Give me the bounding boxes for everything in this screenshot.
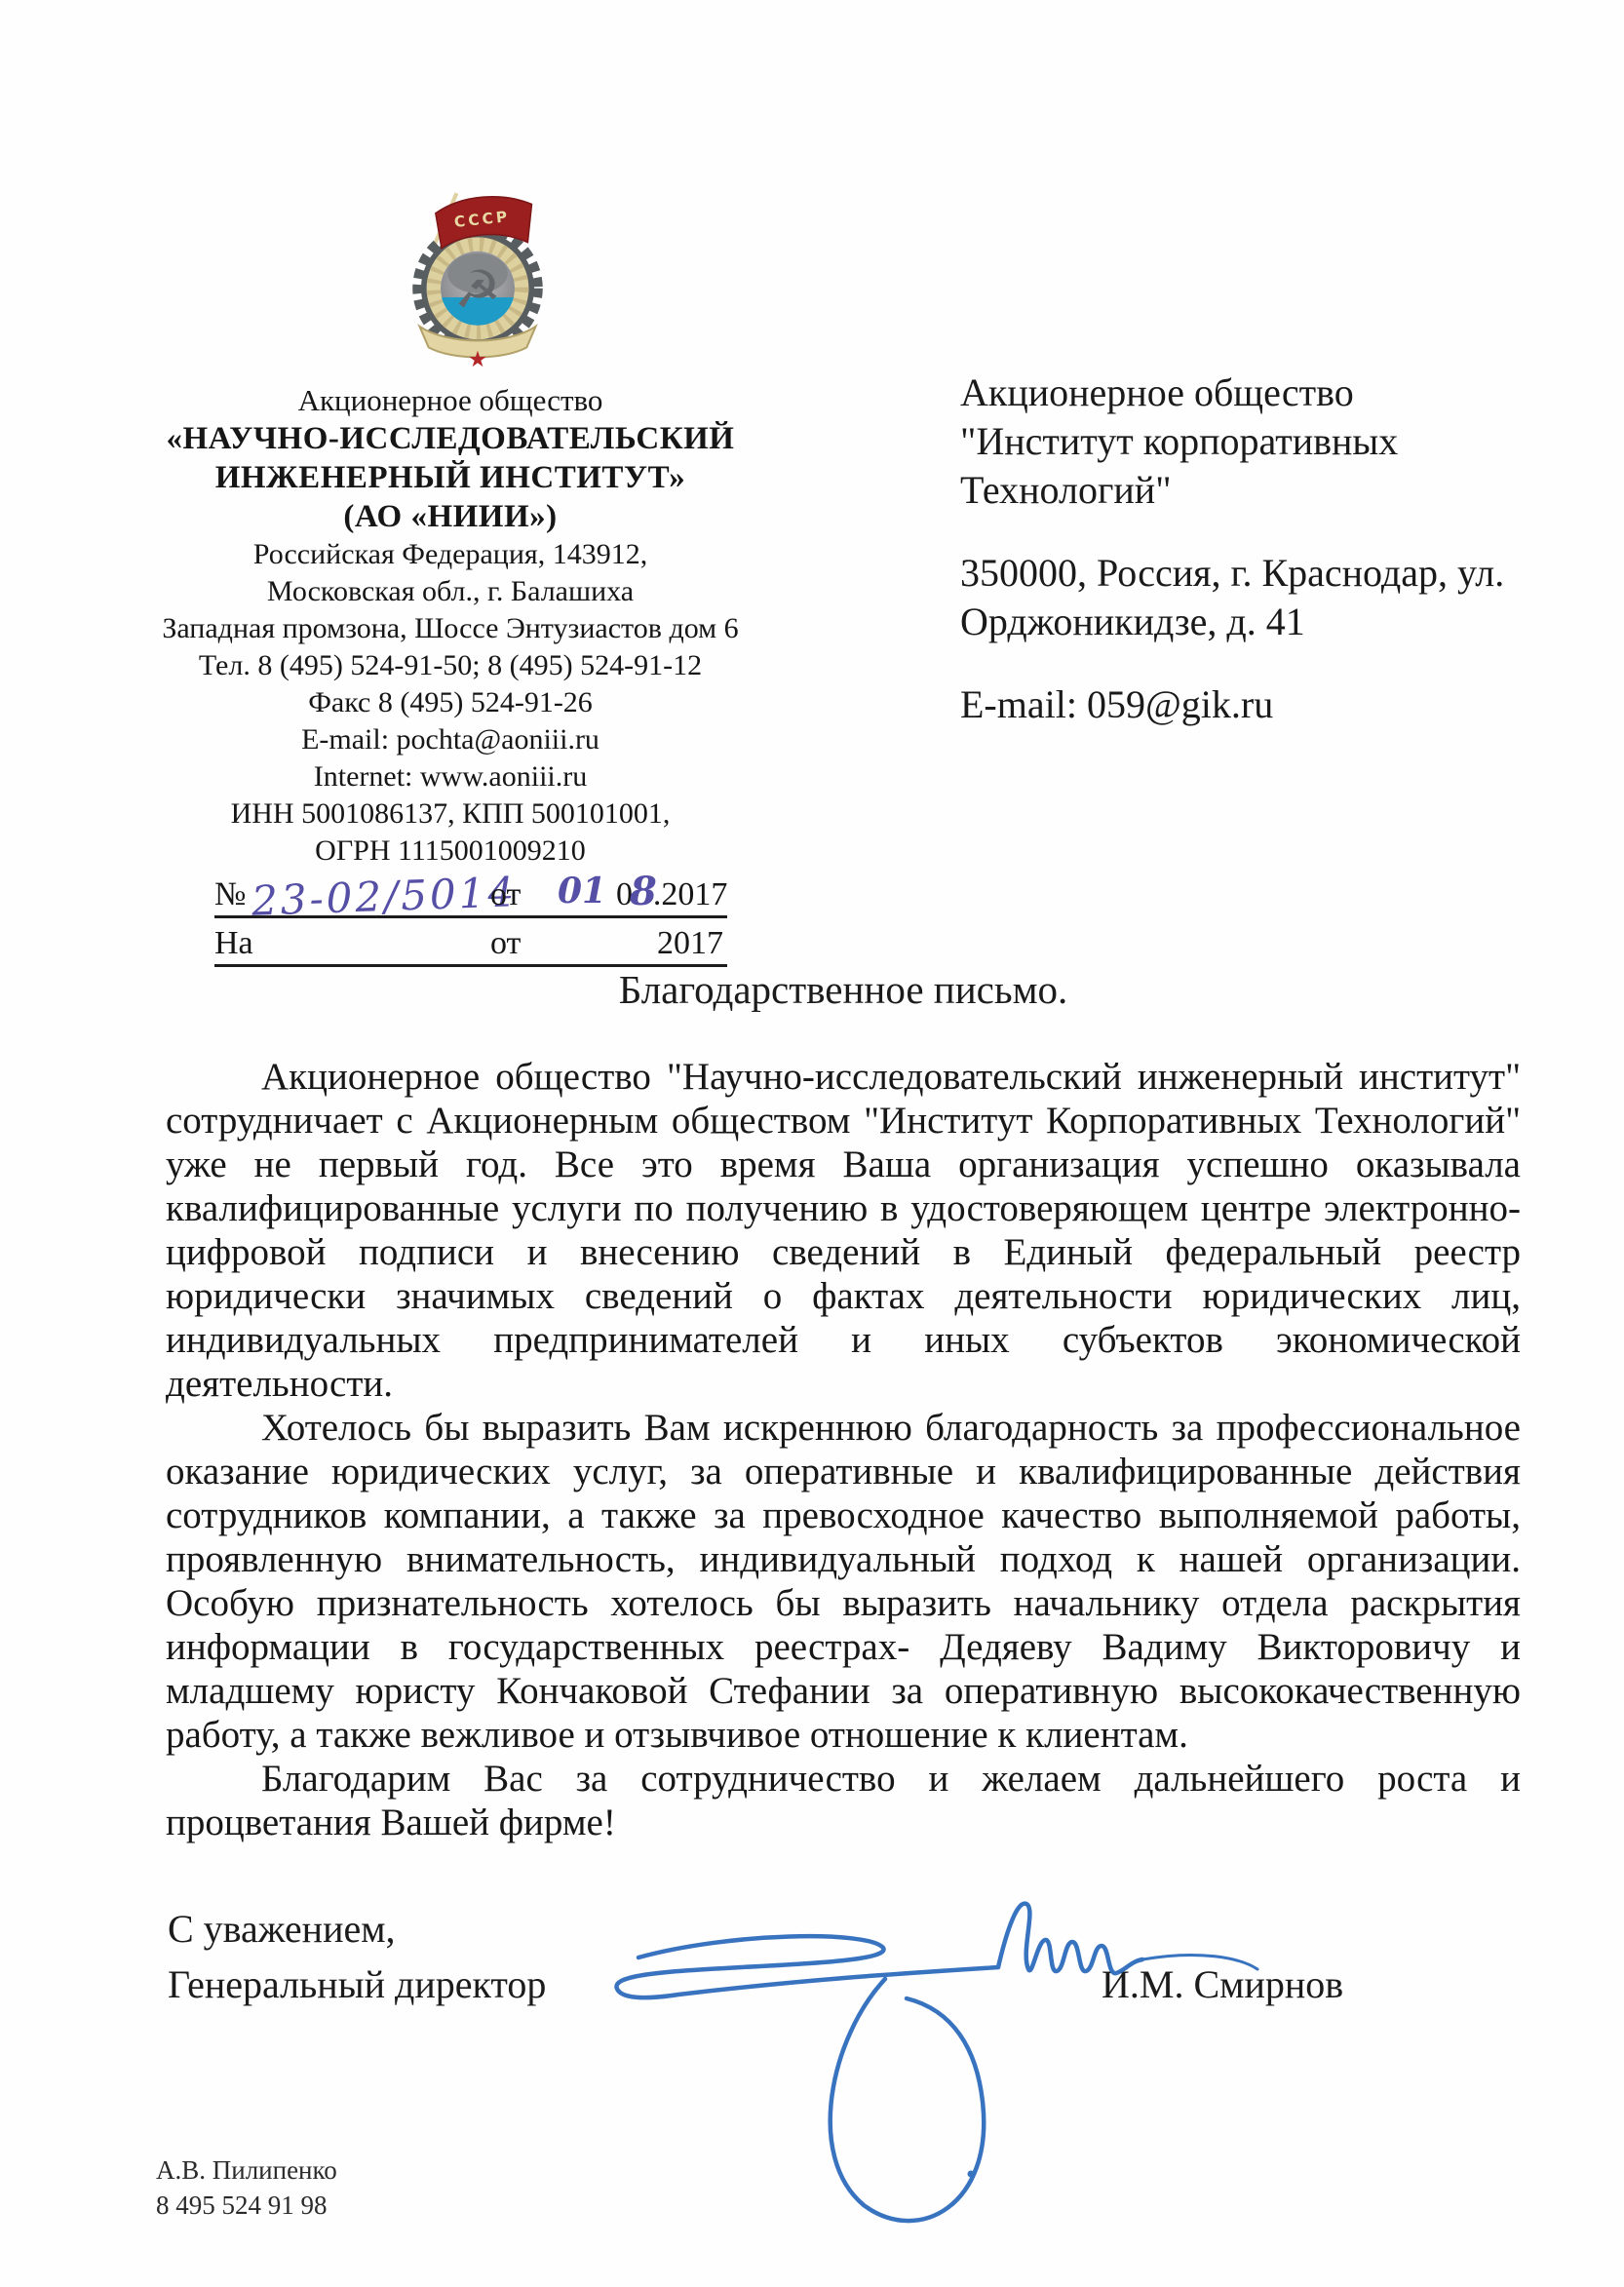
sender-phone: Тел. 8 (495) 524-91-50; 8 (495) 524-91-1… bbox=[125, 647, 776, 684]
recipient-address-line1: 350000, Россия, г. Краснодар, ул. bbox=[960, 549, 1565, 598]
sender-letterhead: Акционерное общество «НАУЧНО-ИССЛЕДОВАТЕ… bbox=[125, 382, 776, 967]
sender-org-abbr: (АО «НИИИ») bbox=[125, 497, 776, 536]
incoming-reference-line: На от 2017 bbox=[214, 918, 727, 967]
letter-title: Благодарственное письмо. bbox=[166, 968, 1521, 1012]
recipient-org-line2: "Институт корпоративных bbox=[960, 417, 1565, 466]
spacer bbox=[960, 515, 1565, 549]
letter-paragraph-3: Благодарим Вас за сотрудничество и желае… bbox=[166, 1757, 1521, 1844]
sender-org-name-line1: «НАУЧНО-ИССЛЕДОВАТЕЛЬСКИЙ bbox=[125, 419, 776, 458]
signature-closing: С уважением, bbox=[168, 1906, 396, 1952]
signature-position-title: Генеральный директор bbox=[168, 1961, 546, 2007]
letter-body: Благодарственное письмо. Акционерное общ… bbox=[166, 968, 1521, 1844]
sender-ogrn: ОГРН 1115001009210 bbox=[125, 833, 776, 870]
letter-paragraph-1: Акционерное общество "Научно-исследовате… bbox=[166, 1055, 1521, 1406]
hammer-sickle-icon: ☭ bbox=[454, 258, 501, 320]
doc-number-label: № bbox=[214, 876, 246, 913]
sender-address-line2: Московская обл., г. Балашиха bbox=[125, 573, 776, 610]
handwritten-day: 01 bbox=[558, 872, 606, 910]
recipient-org-line1: Акционерное общество bbox=[960, 368, 1565, 417]
recipient-email: E-mail: 059@gik.ru bbox=[960, 680, 1565, 729]
sender-org-name-line2: ИНЖЕНЕРНЫЙ ИНСТИТУТ» bbox=[125, 458, 776, 497]
doc-number-line: № 23-02/5014 от 01 08.2017 bbox=[214, 870, 727, 918]
red-star-icon: ★ bbox=[468, 347, 487, 370]
executor-phone: 8 495 524 91 98 bbox=[156, 2188, 337, 2223]
handwritten-signature bbox=[585, 1881, 1277, 2262]
recipient-org-line3: Технологий" bbox=[960, 466, 1565, 515]
sender-email: E-mail: pochta@aoniii.ru bbox=[125, 721, 776, 758]
letter-paragraph-2: Хотелось бы выразить Вам искреннюю благо… bbox=[166, 1406, 1521, 1757]
order-of-red-banner-emblem: ☭ СССР ★ bbox=[402, 185, 554, 370]
na-label: На bbox=[214, 925, 253, 962]
na-year: 2017 bbox=[657, 925, 723, 962]
sender-inn-kpp: ИНН 5001086137, КПП 500101001, bbox=[125, 795, 776, 833]
executor-footer: А.В. Пилипенко 8 495 524 91 98 bbox=[156, 2152, 337, 2223]
sender-org-type: Акционерное общество bbox=[125, 382, 776, 419]
sender-fax: Факс 8 (495) 524-91-26 bbox=[125, 684, 776, 721]
doc-number-ot-label: от bbox=[490, 876, 521, 913]
recipient-block: Акционерное общество "Институт корпорати… bbox=[960, 368, 1565, 729]
executor-name: А.В. Пилипенко bbox=[156, 2152, 337, 2188]
recipient-address-line2: Орджоникидзе, д. 41 bbox=[960, 598, 1565, 646]
handwritten-doc-number: 23-02/5014 bbox=[251, 873, 517, 919]
doc-date: 08.2017 bbox=[616, 873, 727, 913]
sender-internet: Internet: www.aoniii.ru bbox=[125, 758, 776, 795]
sender-address-line1: Российская Федерация, 143912, bbox=[125, 536, 776, 573]
spacer bbox=[960, 646, 1565, 680]
doc-date-year: .2017 bbox=[653, 876, 728, 912]
sender-address-line3: Западная промзона, Шоссе Энтузиастов дом… bbox=[125, 610, 776, 647]
letter-page: ☭ СССР ★ Акционерное общество «НАУЧНО-ИС… bbox=[0, 0, 1624, 2287]
na-ot-label: от bbox=[490, 925, 521, 962]
